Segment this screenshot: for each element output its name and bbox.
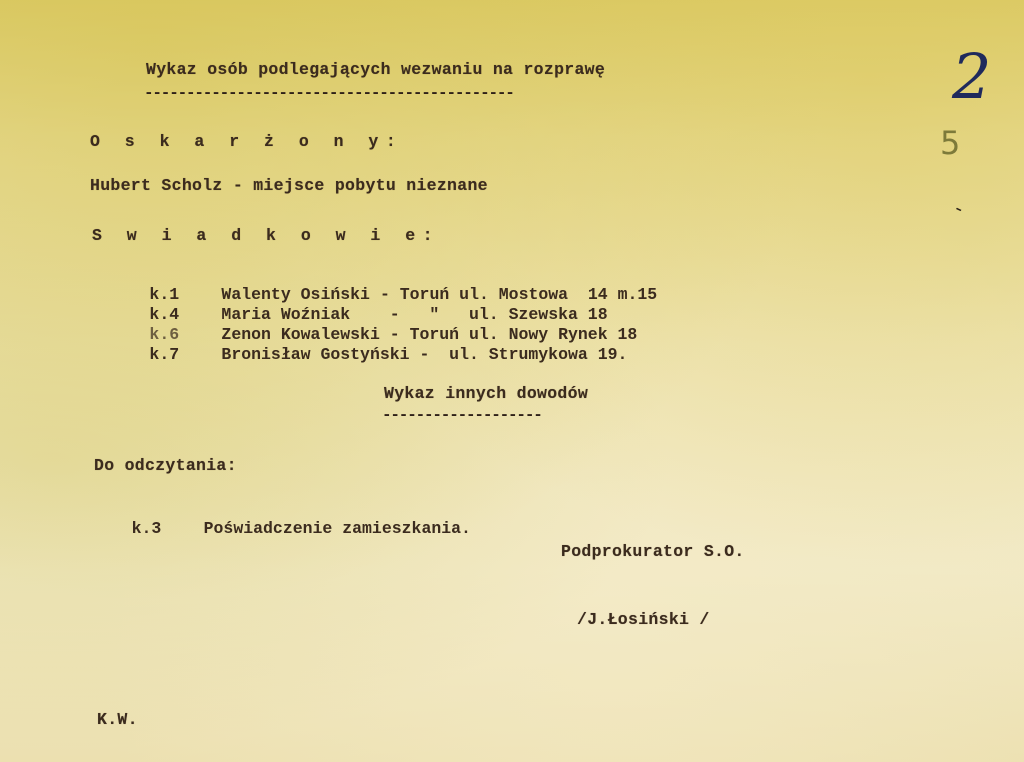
footer-initials: K.W. bbox=[97, 710, 138, 729]
to-read-item: k.3Poświadczenie zamieszkania. bbox=[92, 500, 471, 557]
other-evidence-heading: Wykaz innych dowodów bbox=[384, 384, 588, 403]
witness-row: k.7Bronisław Gostyński - ul. Strumykowa … bbox=[90, 326, 627, 383]
to-read-text: Poświadczenie zamieszkania. bbox=[204, 519, 471, 538]
witness-name: Bronisław Gostyński bbox=[221, 345, 409, 364]
title-underline: ----------------------------------------… bbox=[144, 84, 514, 102]
handwritten-note: 5 bbox=[940, 124, 960, 162]
accused-heading: O s k a r ż o n y: bbox=[90, 132, 403, 151]
witness-address: - ul. Strumykowa 19. bbox=[410, 345, 628, 364]
to-read-ref: k.3 bbox=[132, 519, 204, 538]
document-title: Wykaz osób podlegających wezwaniu na roz… bbox=[146, 60, 605, 79]
other-evidence-underline: ------------------- bbox=[382, 406, 542, 424]
handwritten-mark: - bbox=[951, 196, 967, 221]
witnesses-heading: S w i a d k o w i e: bbox=[92, 226, 440, 245]
handwritten-page-number: 2 bbox=[952, 40, 991, 113]
witness-ref: k.7 bbox=[149, 345, 221, 364]
signatory-name: /J.Łosiński / bbox=[577, 610, 710, 629]
to-read-heading: Do odczytania: bbox=[94, 456, 237, 475]
signatory-title: Podprokurator S.O. bbox=[561, 542, 745, 561]
accused-entry: Hubert Scholz - miejsce pobytu nieznane bbox=[90, 176, 488, 195]
